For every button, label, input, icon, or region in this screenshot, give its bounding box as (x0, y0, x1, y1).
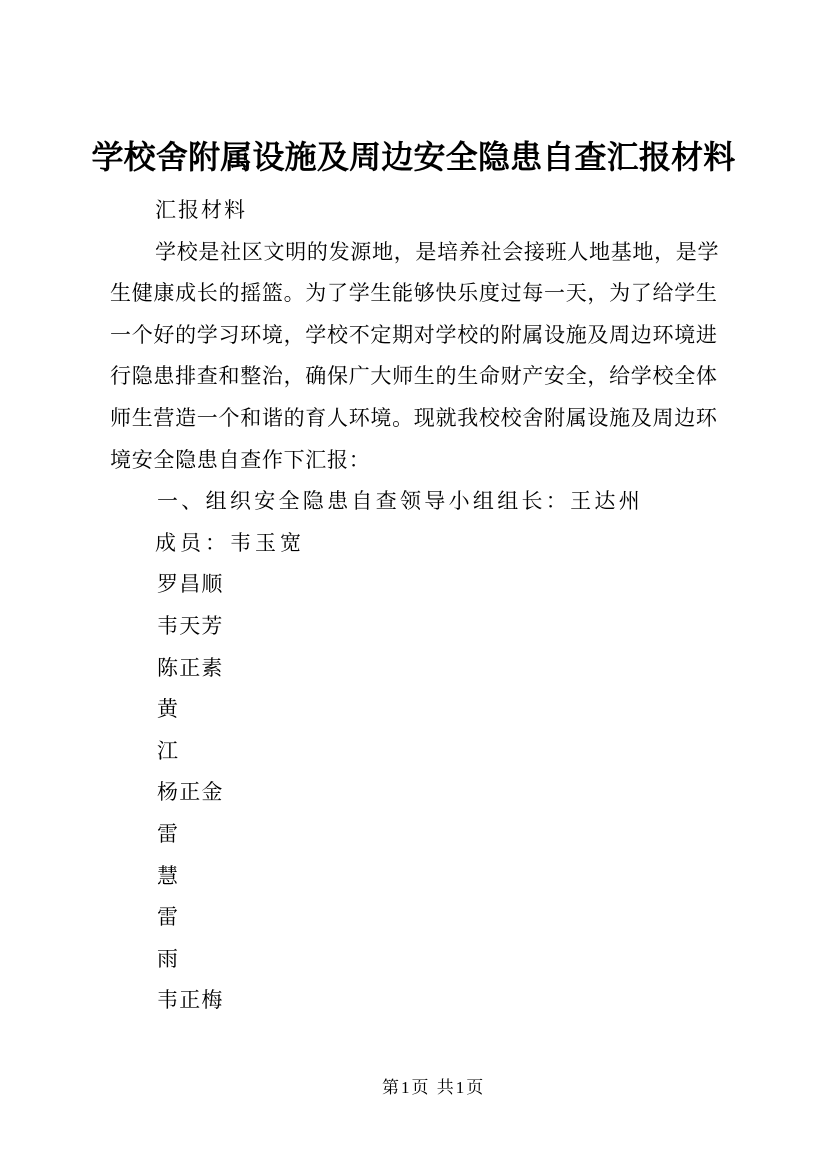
paragraph-line: 师生营造一个和谐的育人环境。现就我校校舍附属设施及周边环 (110, 398, 717, 440)
paragraph-line: 学校是社区文明的发源地，是培养社会接班人地基地，是学 (110, 232, 717, 274)
paragraph-line: 行隐患排查和整治，确保广大师生的生命财产安全，给学校全体 (110, 356, 717, 398)
member-name: 杨正金 (110, 772, 717, 814)
member-name: 慧 (110, 856, 717, 898)
member-name: 陈正素 (110, 648, 717, 690)
member-name: 黄 (110, 689, 717, 731)
report-subtitle: 汇报材料 (110, 190, 717, 232)
member-name: 韦正梅 (110, 980, 717, 1022)
paragraph-line: 生健康成长的摇篮。为了学生能够快乐度过每一天，为了给学生 (110, 273, 717, 315)
member-name: 江 (110, 731, 717, 773)
intro-paragraph: 学校是社区文明的发源地，是培养社会接班人地基地，是学 生健康成长的摇篮。为了学生… (110, 232, 717, 482)
member-name-list: 罗昌顺 韦天芳 陈正素 黄 江 杨正金 雷 慧 雷 雨 韦正梅 (110, 564, 717, 1022)
member-name: 雷 (110, 814, 717, 856)
member-name: 雷 (110, 897, 717, 939)
document-title: 学校舍附属设施及周边安全隐患自查汇报材料 (0, 0, 827, 180)
members-label-line: 成员：韦玉宽 (110, 523, 717, 565)
document-body: 汇报材料 学校是社区文明的发源地，是培养社会接班人地基地，是学 生健康成长的摇篮… (0, 190, 827, 1022)
member-name: 雨 (110, 939, 717, 981)
document-page: 学校舍附属设施及周边安全隐患自查汇报材料 汇报材料 学校是社区文明的发源地，是培… (0, 0, 827, 1170)
member-name: 韦天芳 (110, 606, 717, 648)
page-number-text: 第1页 共1页 (382, 1078, 485, 1097)
paragraph-line: 境安全隐患自查作下汇报： (110, 440, 717, 482)
section-heading: 一、组织安全隐患自查领导小组组长：王达州 (110, 481, 717, 523)
member-name: 罗昌顺 (110, 564, 717, 606)
paragraph-line: 一个好的学习环境，学校不定期对学校的附属设施及周边环境进 (110, 315, 717, 357)
page-footer: 第1页 共1页 (382, 1076, 485, 1100)
